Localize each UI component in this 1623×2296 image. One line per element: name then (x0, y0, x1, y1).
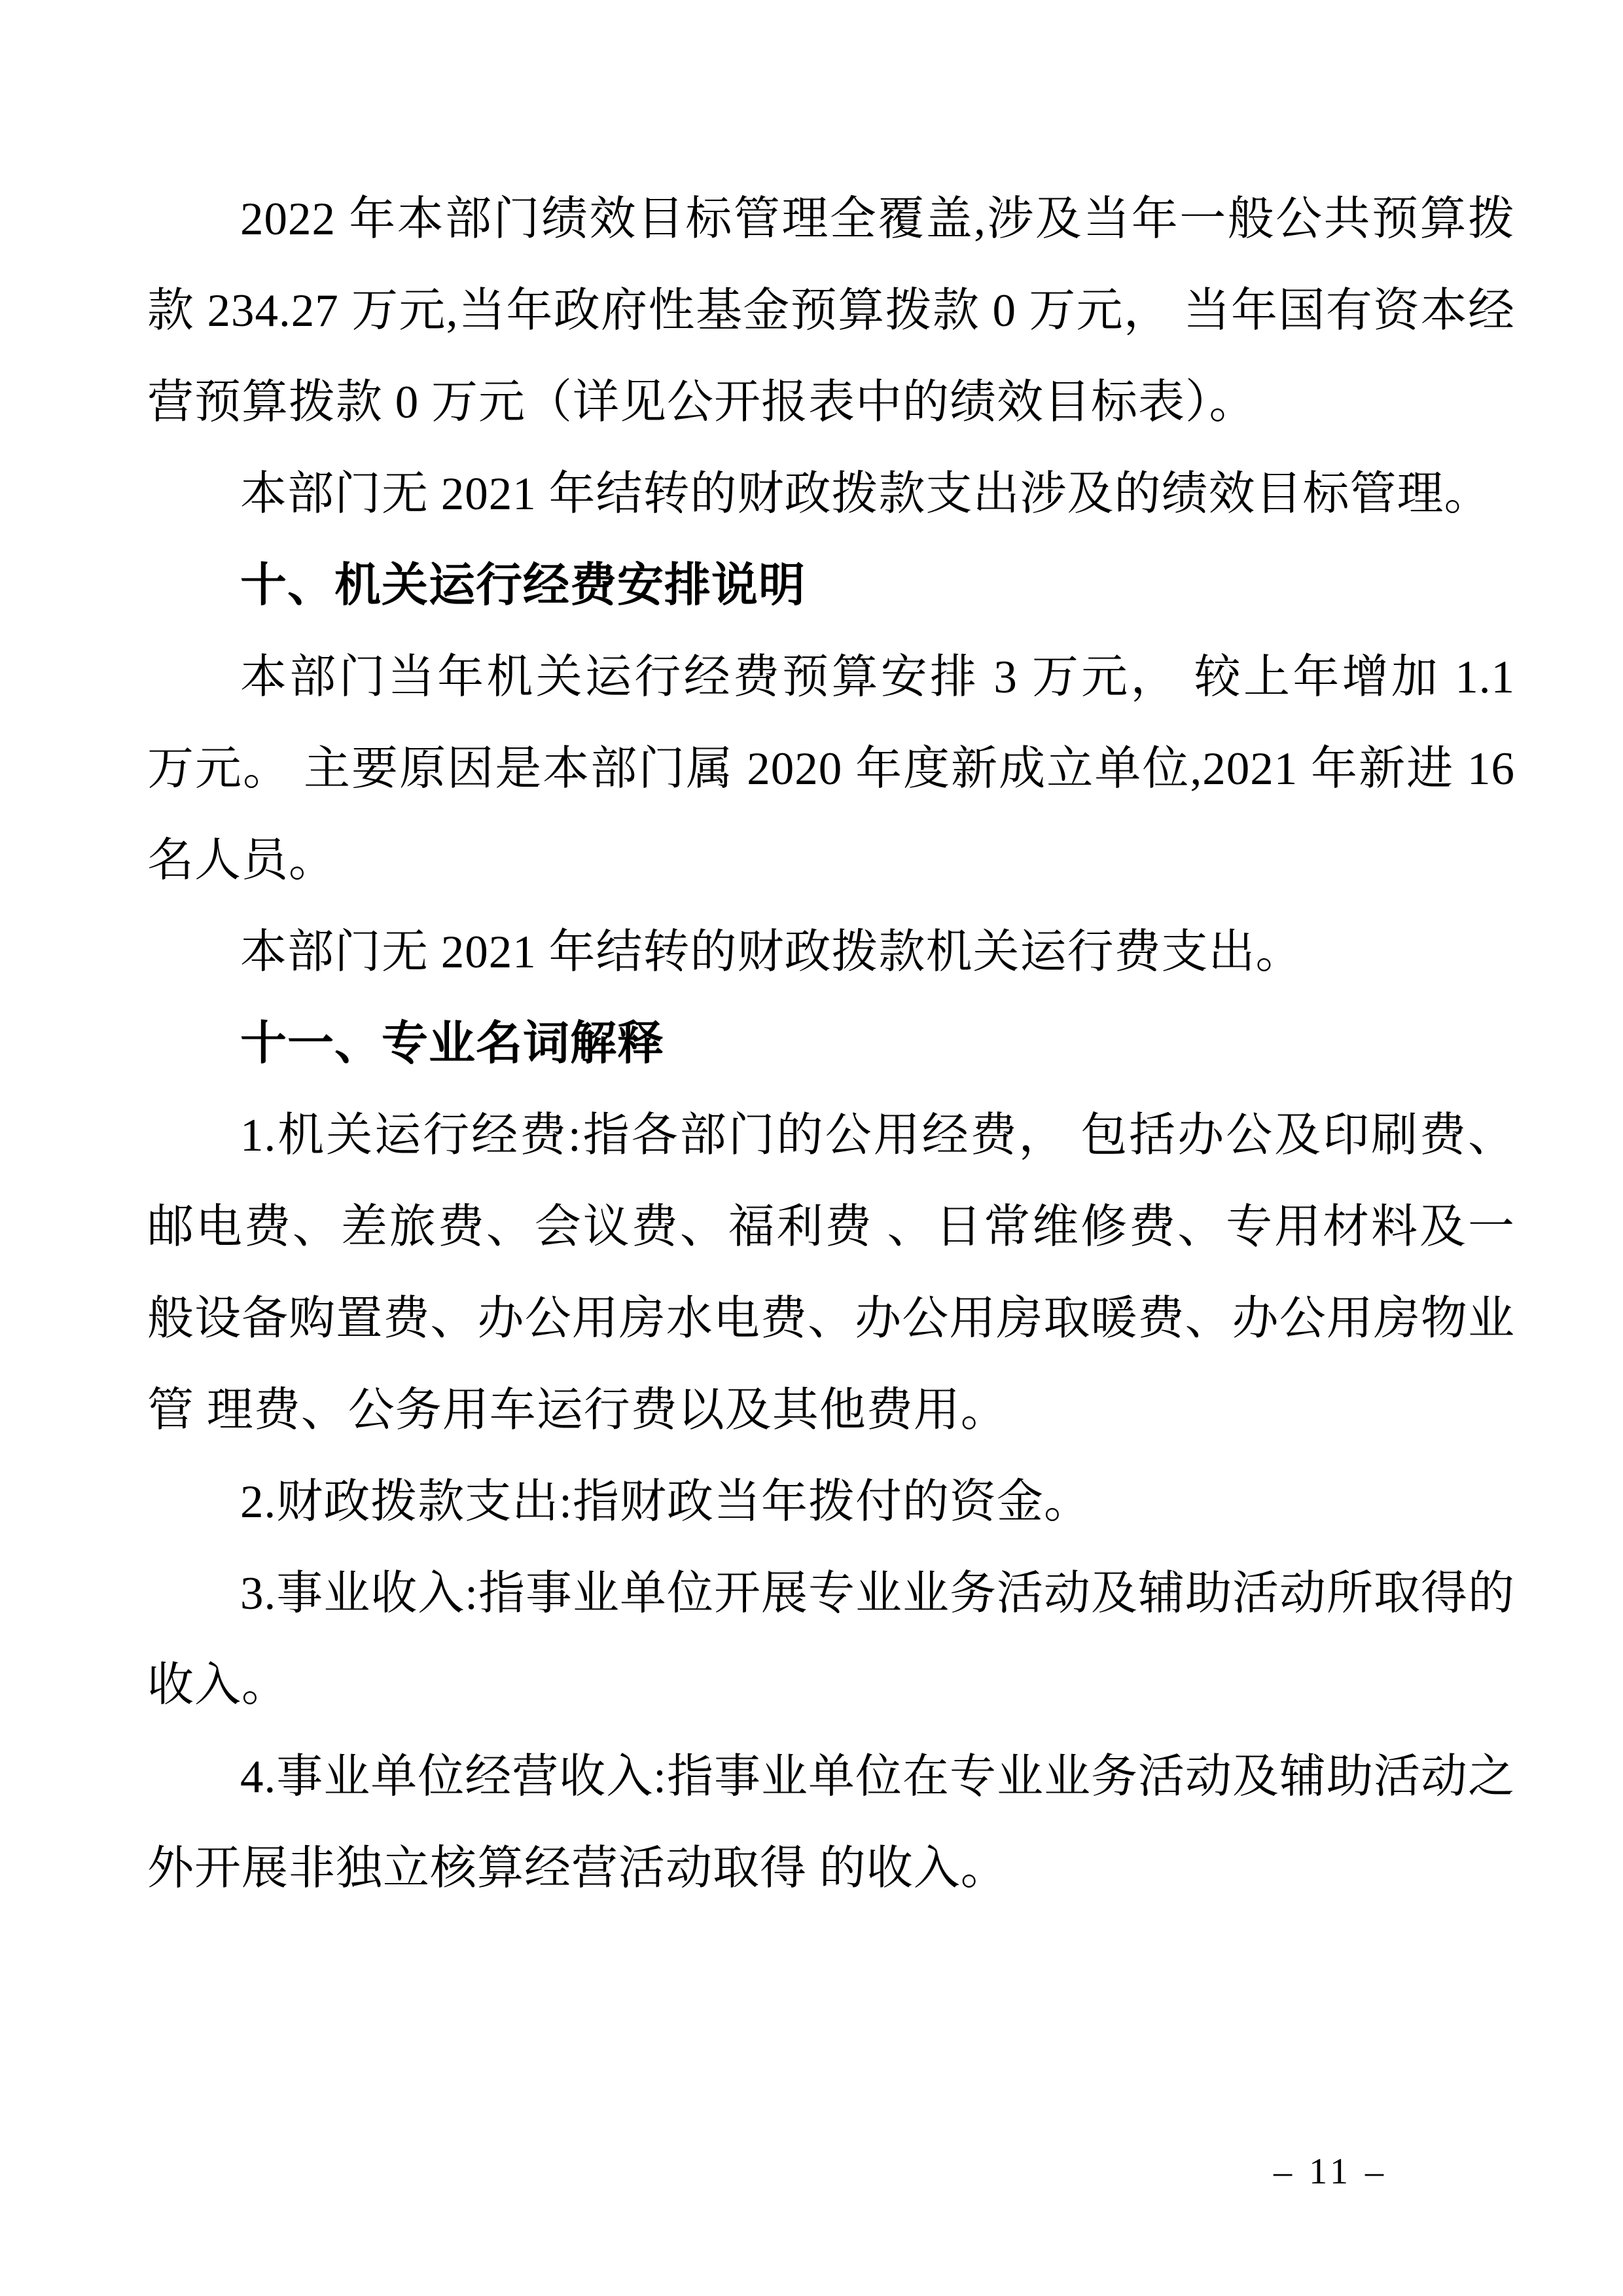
document-page: 2022 年本部门绩效目标管理全覆盖,涉及当年一般公共预算拨款 234.27 万… (0, 0, 1623, 2296)
paragraph-term-operating-funds: 1.机关运行经费:指各部门的公用经费， 包括办公及印刷费、邮电费、差旅费、会议费… (147, 1090, 1515, 1456)
paragraph-no-carryover-operating: 本部门无 2021 年结转的财政拨款机关运行费支出。 (147, 906, 1515, 998)
paragraph-term-institution-income: 3.事业收入:指事业单位开展专业业务活动及辅助活动所取得的收入。 (147, 1548, 1515, 1731)
paragraph-operating-funds-budget: 本部门当年机关运行经费预算安排 3 万元， 较上年增加 1.1 万元。 主要原因… (147, 632, 1515, 906)
paragraph-no-carryover-performance: 本部门无 2021 年结转的财政拨款支出涉及的绩效目标管理。 (147, 448, 1515, 540)
section-heading-glossary: 十一、专业名词解释 (147, 998, 1515, 1090)
paragraph-term-fiscal-expenditure: 2.财政拨款支出:指财政当年拨付的资金。 (147, 1456, 1515, 1548)
paragraph-performance-coverage: 2022 年本部门绩效目标管理全覆盖,涉及当年一般公共预算拨款 234.27 万… (147, 173, 1515, 448)
document-body: 2022 年本部门绩效目标管理全覆盖,涉及当年一般公共预算拨款 234.27 万… (147, 173, 1515, 1914)
section-heading-operating-funds: 十、机关运行经费安排说明 (147, 540, 1515, 632)
paragraph-term-operating-income: 4.事业单位经营收入:指事业单位在专业业务活动及辅助活动之外开展非独立核算经营活… (147, 1731, 1515, 1914)
page-number: – 11 – (1274, 2152, 1387, 2191)
